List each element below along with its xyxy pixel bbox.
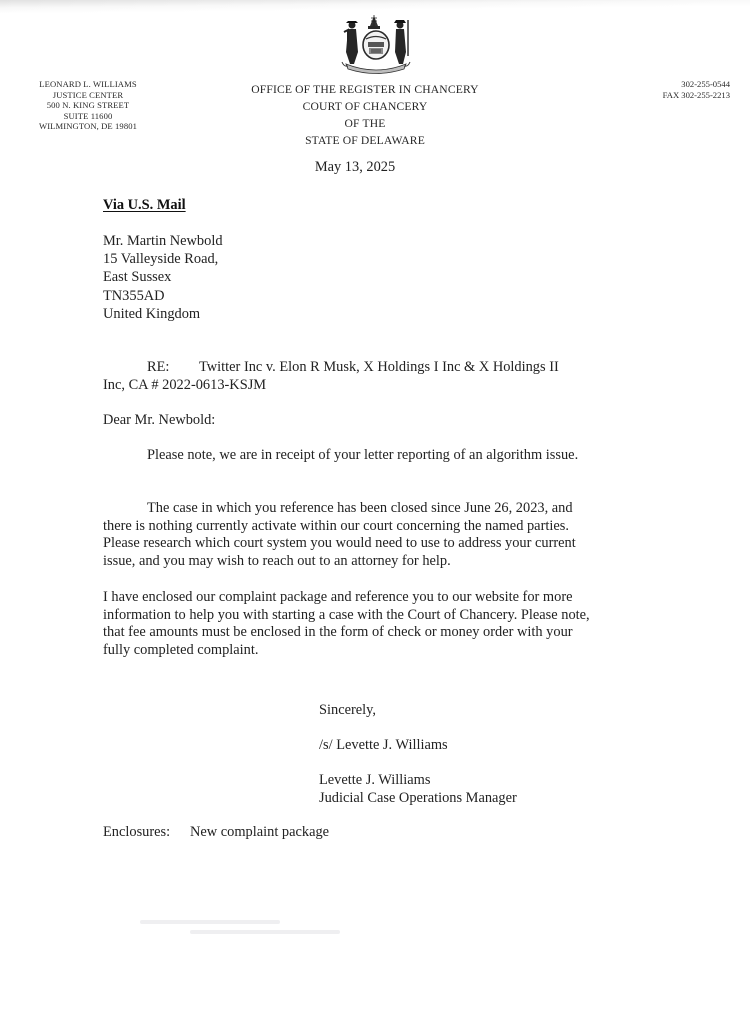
signer-title: Judicial Case Operations Manager bbox=[319, 789, 517, 807]
address-line: 500 N. KING STREET bbox=[22, 100, 154, 111]
recipient-address-line: United Kingdom bbox=[103, 305, 223, 323]
fax-number: FAX 302-255-2213 bbox=[663, 90, 730, 101]
re-case-title: Twitter Inc v. Elon R Musk, X Holdings I… bbox=[199, 359, 559, 375]
recipient-address: Mr. Martin Newbold 15 Valleyside Road, E… bbox=[103, 232, 223, 323]
address-line: LEONARD L. WILLIAMS bbox=[22, 79, 154, 90]
enclosures-label: Enclosures: bbox=[103, 824, 190, 841]
enclosures-value: New complaint package bbox=[190, 824, 329, 840]
delaware-state-seal-icon bbox=[338, 12, 414, 76]
recipient-address-line: 15 Valleyside Road, bbox=[103, 250, 223, 268]
scan-artifact bbox=[190, 930, 340, 934]
signer-name: Levette J. Williams bbox=[319, 771, 517, 789]
paragraph-text: I have enclosed our complaint package an… bbox=[103, 589, 590, 658]
phone-number: 302-255-0544 bbox=[663, 79, 730, 90]
office-line: OFFICE OF THE REGISTER IN CHANCERY bbox=[200, 81, 530, 98]
body-paragraph: I have enclosed our complaint package an… bbox=[103, 589, 593, 659]
scan-artifact bbox=[140, 920, 280, 924]
enclosures: Enclosures:New complaint package bbox=[103, 824, 329, 841]
recipient-address-line: East Sussex bbox=[103, 268, 223, 286]
paragraph-text: Please note, we are in receipt of your l… bbox=[147, 447, 578, 463]
address-line: WILMINGTON, DE 19801 bbox=[22, 121, 154, 132]
recipient-name: Mr. Martin Newbold bbox=[103, 232, 223, 250]
office-header: OFFICE OF THE REGISTER IN CHANCERY COURT… bbox=[200, 81, 530, 149]
recipient-address-line: TN355AD bbox=[103, 287, 223, 305]
re-label: RE: bbox=[147, 359, 199, 377]
delivery-method: Via U.S. Mail bbox=[103, 197, 186, 214]
re-case-number: Inc, CA # 2022-0613-KSJM bbox=[103, 377, 593, 395]
address-line: JUSTICE CENTER bbox=[22, 90, 154, 101]
paragraph-text: The case in which you reference has been… bbox=[103, 500, 576, 569]
contact-numbers: 302-255-0544 FAX 302-255-2213 bbox=[663, 79, 730, 100]
salutation: Dear Mr. Newbold: bbox=[103, 412, 593, 430]
reference-line: RE:Twitter Inc v. Elon R Musk, X Holding… bbox=[103, 359, 593, 394]
office-line: COURT OF CHANCERY bbox=[200, 98, 530, 115]
valediction: Sincerely, bbox=[319, 701, 376, 719]
body-paragraph: Please note, we are in receipt of your l… bbox=[103, 447, 593, 465]
electronic-signature: /s/ Levette J. Williams bbox=[319, 736, 448, 754]
justice-center-address: LEONARD L. WILLIAMS JUSTICE CENTER 500 N… bbox=[22, 79, 154, 132]
body-paragraph: The case in which you reference has been… bbox=[103, 500, 593, 570]
letter-date: May 13, 2025 bbox=[200, 159, 510, 176]
address-line: SUITE 11600 bbox=[22, 111, 154, 122]
signer-block: Levette J. Williams Judicial Case Operat… bbox=[319, 771, 517, 807]
office-line: OF THE bbox=[200, 115, 530, 132]
office-line: STATE OF DELAWARE bbox=[200, 132, 530, 149]
